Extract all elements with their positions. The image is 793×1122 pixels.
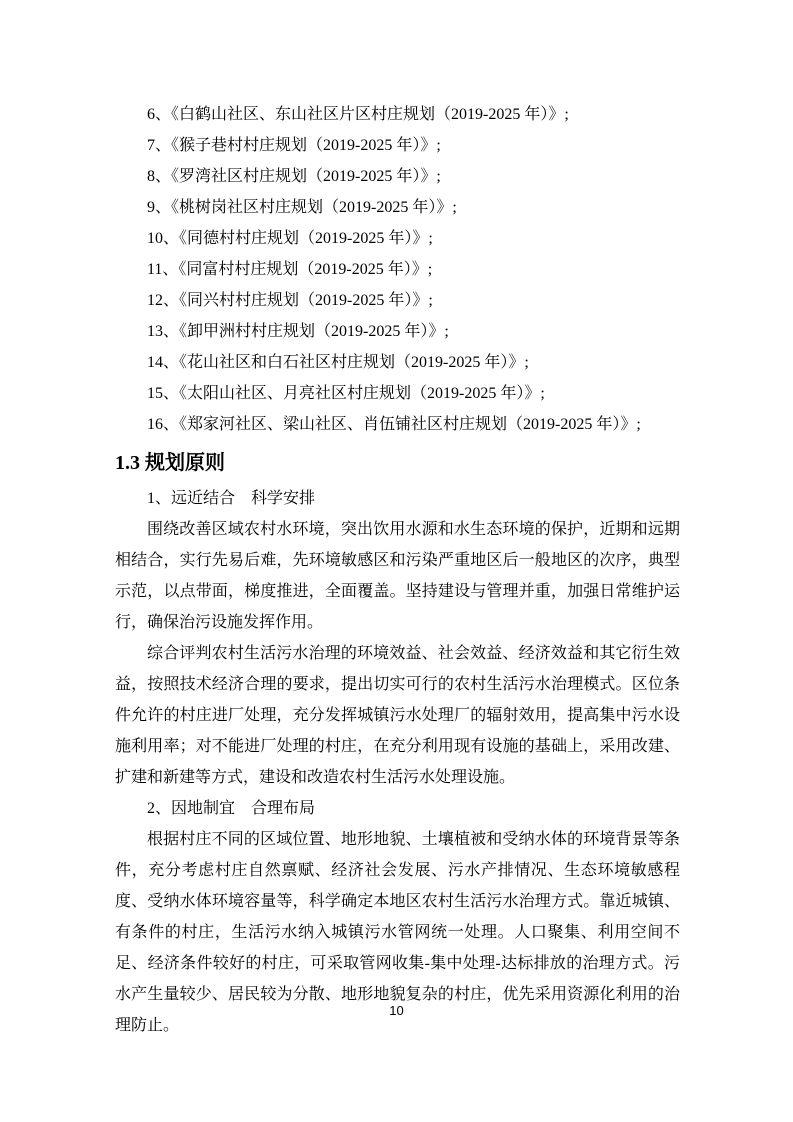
list-item: 15、《太阳山社区、月亮社区村庄规划（2019-2025 年）》; <box>115 378 680 409</box>
subheading-principle-2: 2、因地制宜 合理布局 <box>115 793 680 824</box>
list-item: 11、《同富村村庄规划（2019-2025 年）》; <box>115 254 680 285</box>
list-item: 9、《桃树岗社区村庄规划（2019-2025 年）》; <box>115 192 680 223</box>
list-item: 10、《同德村村庄规划（2019-2025 年）》; <box>115 223 680 254</box>
paragraph-principle-1b: 综合评判农村生活污水治理的环境效益、社会效益、经济效益和其它衍生效益，按照技术经… <box>115 638 680 793</box>
page-content: 6、《白鹤山社区、东山社区片区村庄规划（2019-2025 年）》; 7、《猴子… <box>115 99 680 1041</box>
list-item: 12、《同兴村村庄规划（2019-2025 年）》; <box>115 285 680 316</box>
document-page: 6、《白鹤山社区、东山社区片区村庄规划（2019-2025 年）》; 7、《猴子… <box>0 0 793 1122</box>
list-item: 14、《花山社区和白石社区村庄规划（2019-2025 年）》; <box>115 347 680 378</box>
page-number: 10 <box>0 1003 793 1018</box>
list-item: 16、《郑家河社区、梁山社区、肖伍铺社区村庄规划（2019-2025 年）》; <box>115 409 680 440</box>
section-heading: 1.3 规划原则 <box>115 449 680 477</box>
paragraph-principle-1: 围绕改善区域农村水环境，突出饮用水源和水生态环境的保护，近期和远期相结合，实行先… <box>115 514 680 638</box>
subheading-principle-1: 1、远近结合 科学安排 <box>115 483 680 514</box>
list-item: 6、《白鹤山社区、东山社区片区村庄规划（2019-2025 年）》; <box>115 99 680 130</box>
list-item: 8、《罗湾社区村庄规划（2019-2025 年）》; <box>115 161 680 192</box>
list-item: 13、《卸甲洲村村庄规划（2019-2025 年）》; <box>115 316 680 347</box>
list-item: 7、《猴子巷村村庄规划（2019-2025 年）》; <box>115 130 680 161</box>
